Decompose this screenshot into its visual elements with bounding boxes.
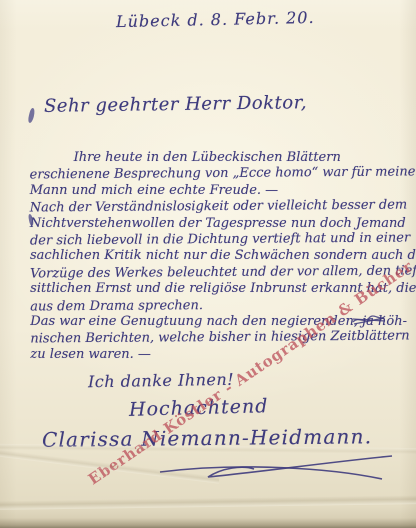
body-line-4: Nach der Verständnislosigkeit oder viell… <box>30 198 402 217</box>
letter-body: Ihre heute in den Lübeckischen Blättern … <box>30 149 403 364</box>
salutation: Sehr geehrter Herr Doktor, <box>44 92 307 117</box>
ink-speck <box>27 108 35 124</box>
body-line-2: erschienene Besprechung von „Ecce homo“ … <box>30 165 402 184</box>
dateline: Lübeck d. 8. Febr. 20. <box>116 8 315 31</box>
paper-crease <box>0 495 416 510</box>
body-line-8: Vorzüge des Werkes beleuchtet und der vo… <box>30 263 402 282</box>
paper-crease <box>0 447 220 483</box>
body-line-10: aus dem Drama sprechen. <box>30 296 402 315</box>
closing-line: Hochachtend <box>129 395 269 421</box>
body-line-12: nischen Berichten, welche bisher in hies… <box>30 329 402 348</box>
body-line-7: sachlichen Kritik nicht nur die Schwäche… <box>30 248 402 264</box>
body-line-13: zu lesen waren. — <box>30 347 402 363</box>
thanks-line: Ich danke Ihnen! <box>88 370 234 392</box>
body-line-9: sittlichen Ernst und die religiöse Inbru… <box>30 281 402 297</box>
body-line-6: der sich liebevoll in die Dichtung verti… <box>30 231 402 250</box>
body-line-3: Mann und mich eine echte Freude. — <box>30 183 402 199</box>
letter-page: Lübeck d. 8. Febr. 20. Sehr geehrter Her… <box>0 0 416 528</box>
signature-flourish <box>130 446 405 488</box>
body-line-1: Ihre heute in den Lübeckischen Blättern <box>30 150 402 166</box>
signature: Clarissa Niemann-Heidmann. <box>42 424 372 451</box>
body-line-5: Nichtverstehenwollen der Tagespresse nun… <box>30 216 402 232</box>
